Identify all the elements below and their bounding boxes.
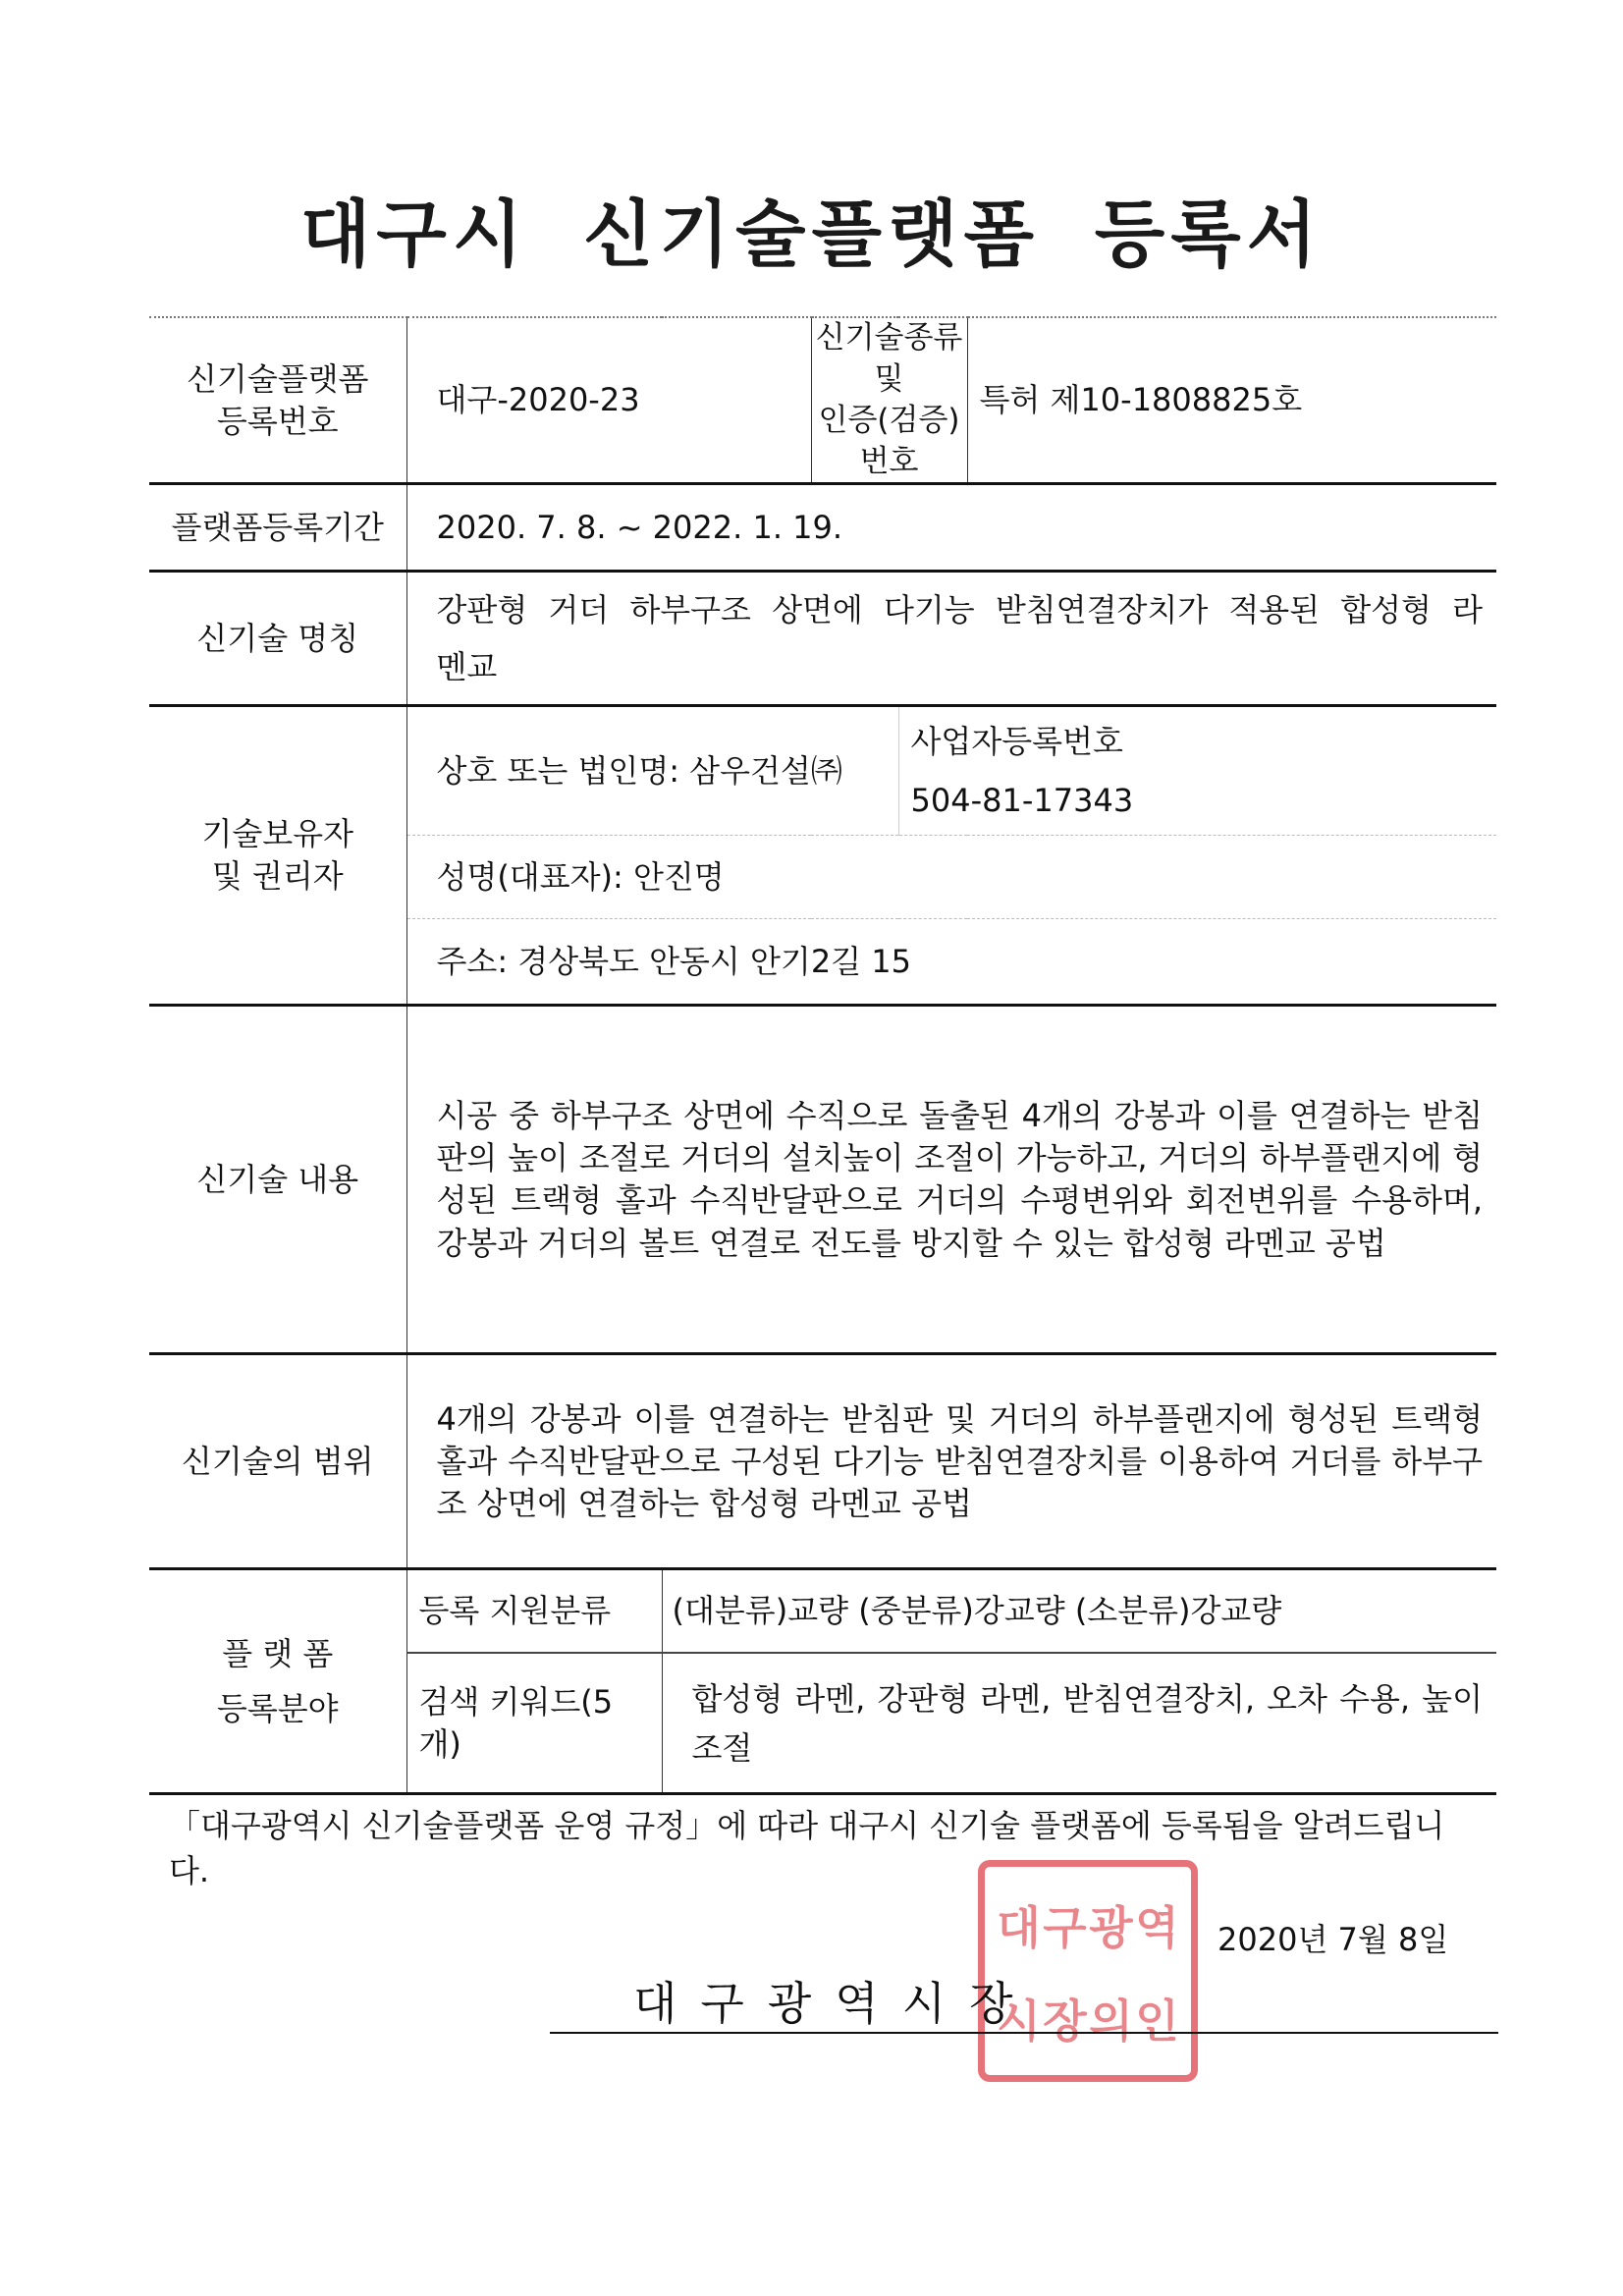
label-keywords: 검색 키워드(5개)	[406, 1653, 662, 1794]
row-registration-number: 신기술플랫폼 등록번호 대구-2020-23 신기술종류 및 인증(검증)번호 …	[149, 317, 1496, 484]
label-tech-scope: 신기술의 범위	[149, 1354, 406, 1569]
issuer-name: 대구광역시장	[633, 1968, 1037, 2033]
value-tech-scope: 4개의 강봉과 이를 연결하는 받침판 및 거더의 하부플랜지에 형성된 트랙형…	[406, 1354, 1496, 1569]
row-period: 플랫폼등록기간 2020. 7. 8. ~ 2022. 1. 19.	[149, 484, 1496, 572]
registration-table: 신기술플랫폼 등록번호 대구-2020-23 신기술종류 및 인증(검증)번호 …	[149, 316, 1496, 1795]
label-tech-type: 신기술종류 및 인증(검증)번호	[811, 317, 967, 484]
value-support-class: (대분류)교량 (중분류)강교량 (소분류)강교량	[662, 1569, 1496, 1653]
label-period: 플랫폼등록기간	[149, 484, 406, 572]
label-platform-field: 플 랫 폼 등록분야	[149, 1569, 406, 1794]
label-support-class: 등록 지원분류	[406, 1569, 662, 1653]
business-registration: 사업자등록번호 504-81-17343	[898, 706, 1496, 836]
notice-text: 「대구광역시 신기술플랫폼 운영 규정」에 따라 대구시 신기술 플랫폼에 등록…	[169, 1803, 1485, 1893]
row-tech-content: 신기술 내용 시공 중 하부구조 상면에 수직으로 돌출된 4개의 강봉과 이를…	[149, 1006, 1496, 1354]
value-tech-type: 특허 제10-1808825호	[967, 317, 1496, 484]
value-business-number: 504-81-17343	[911, 771, 1497, 830]
label-business-number: 사업자등록번호	[911, 712, 1497, 771]
value-representative: 성명(대표자): 안진명	[406, 836, 1496, 919]
value-keywords: 합성형 라멘, 강판형 라멘, 받침연결장치, 오차 수용, 높이 조절	[662, 1653, 1496, 1794]
label-tech-name: 신기술 명칭	[149, 572, 406, 706]
label-tech-content: 신기술 내용	[149, 1006, 406, 1354]
label-owner: 기술보유자 및 권리자	[149, 706, 406, 1006]
signature-line	[550, 2032, 1498, 2034]
value-company: 상호 또는 법인명: 삼우건설㈜	[406, 706, 898, 836]
row-owner-company: 기술보유자 및 권리자 상호 또는 법인명: 삼우건설㈜ 사업자등록번호 504…	[149, 706, 1496, 836]
row-tech-name: 신기술 명칭 강판형 거더 하부구조 상면에 다기능 받침연결장치가 적용된 합…	[149, 572, 1496, 706]
value-period: 2020. 7. 8. ~ 2022. 1. 19.	[406, 484, 1496, 572]
value-tech-content: 시공 중 하부구조 상면에 수직으로 돌출된 4개의 강봉과 이를 연결하는 받…	[406, 1006, 1496, 1354]
value-address: 주소: 경상북도 안동시 안기2길 15	[406, 919, 1496, 1006]
document-title: 대구시 신기술플랫폼 등록서	[0, 177, 1623, 281]
row-support-class: 플 랫 폼 등록분야 등록 지원분류 (대분류)교량 (중분류)강교량 (소분류…	[149, 1569, 1496, 1653]
label-registration-number: 신기술플랫폼 등록번호	[149, 317, 406, 484]
issue-date: 2020년 7월 8일	[1217, 1915, 1448, 1960]
value-tech-name: 강판형 거더 하부구조 상면에 다기능 받침연결장치가 적용된 합성형 라멘교	[406, 572, 1496, 706]
value-registration-number: 대구-2020-23	[406, 317, 811, 484]
row-tech-scope: 신기술의 범위 4개의 강봉과 이를 연결하는 받침판 및 거더의 하부플랜지에…	[149, 1354, 1496, 1569]
